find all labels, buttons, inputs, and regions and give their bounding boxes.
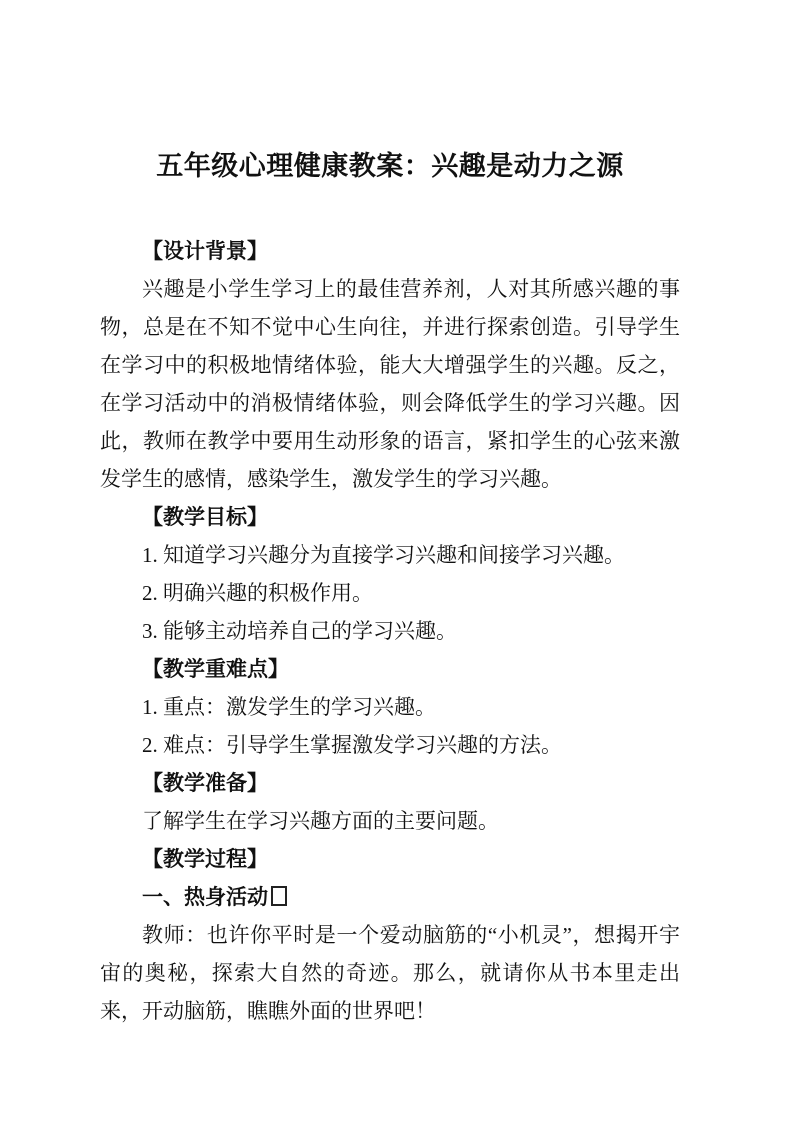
section-heading-key-difficult-points: 【教学重难点】	[100, 650, 680, 688]
section-heading-teaching-preparation: 【教学准备】	[100, 764, 680, 802]
objective-item-2: 2. 明确兴趣的积极作用。	[100, 574, 680, 612]
section-heading-teaching-objectives: 【教学目标】	[100, 498, 680, 536]
section-heading-teaching-process: 【教学过程】	[100, 840, 680, 878]
keypoint-item-1: 1. 重点：激发学生的学习兴趣。	[100, 688, 680, 726]
objective-item-1: 1. 知道学习兴趣分为直接学习兴趣和间接学习兴趣。	[100, 536, 680, 574]
keypoint-item-2: 2. 难点：引导学生掌握激发学习兴趣的方法。	[100, 726, 680, 764]
design-background-paragraph: 兴趣是小学生学习上的最佳营养剂，人对其所感兴趣的事物，总是在不知不觉中心生向往，…	[100, 270, 680, 498]
warmup-teacher-paragraph: 教师：也许你平时是一个爱动脑筋的“小机灵”，想揭开宇宙的奥秘，探索大自然的奇迹。…	[100, 916, 680, 1030]
document-title: 五年级心理健康教案：兴趣是动力之源	[100, 146, 680, 186]
preparation-paragraph: 了解学生在学习兴趣方面的主要问题。	[100, 802, 680, 840]
warmup-activity-subheading: 一、热身活动	[100, 878, 680, 916]
warmup-activity-label: 一、热身活动	[142, 885, 268, 909]
section-heading-design-background: 【设计背景】	[100, 232, 680, 270]
objective-item-3: 3. 能够主动培养自己的学习兴趣。	[100, 612, 680, 650]
missing-character-box	[271, 886, 287, 906]
document-page: 五年级心理健康教案：兴趣是动力之源 【设计背景】 兴趣是小学生学习上的最佳营养剂…	[0, 0, 793, 1122]
